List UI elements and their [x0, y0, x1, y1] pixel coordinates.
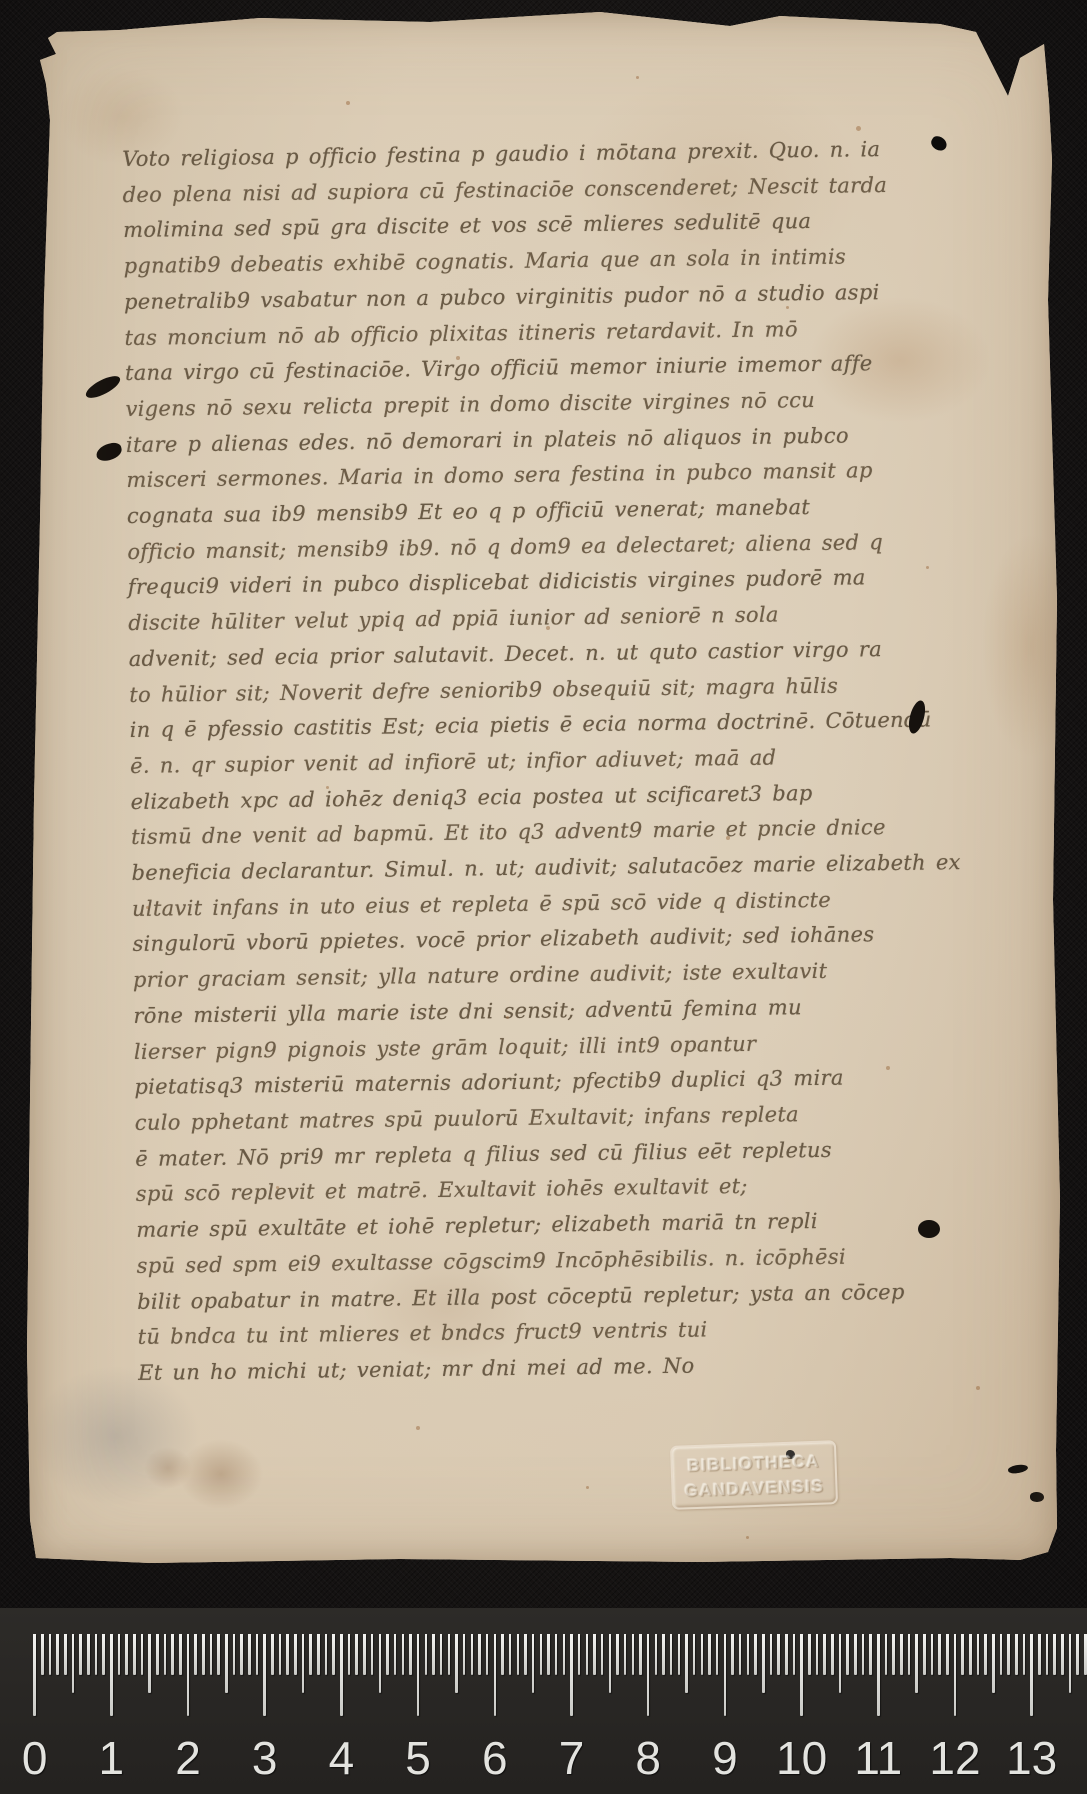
ruler-number: 12 [913, 1734, 997, 1782]
manuscript-text: Voto religiosa p officio festina p gaudi… [122, 131, 960, 1391]
foxing-speck [976, 1386, 980, 1390]
ruler-tick [800, 1634, 803, 1716]
ruler-tick [754, 1634, 757, 1675]
ruler-tick [731, 1634, 734, 1675]
ruler-tick [547, 1634, 550, 1675]
library-stamp: BIBLIOTHECA GANDAVENSIS [670, 1440, 838, 1510]
ruler-tick [332, 1634, 335, 1675]
foxing-speck [326, 786, 329, 789]
ruler-tick [463, 1634, 466, 1675]
ruler-tick [685, 1634, 688, 1693]
ruler-tick [555, 1634, 558, 1675]
ruler-tick [340, 1634, 343, 1716]
foxing-speck [276, 1186, 279, 1189]
ruler-tick [961, 1634, 964, 1675]
ruler-tick [240, 1634, 243, 1675]
ruler-tick [41, 1634, 44, 1675]
ruler-tick [294, 1634, 297, 1675]
ruler-number: 2 [146, 1734, 230, 1782]
ruler-tick [977, 1634, 980, 1675]
ruler-tick [141, 1634, 144, 1675]
ruler-tick [494, 1634, 497, 1716]
foxing-speck [726, 836, 730, 840]
ruler-tick [639, 1634, 642, 1675]
ruler-tick [1007, 1634, 1010, 1675]
ruler-tick [248, 1634, 251, 1675]
ruler-tick [938, 1634, 941, 1675]
ruler-tick [524, 1634, 527, 1675]
ruler-tick [202, 1634, 205, 1675]
ruler-tick [747, 1634, 750, 1675]
ruler-number: 8 [606, 1734, 690, 1782]
ruler-tick [785, 1634, 788, 1675]
ruler-tick [386, 1634, 389, 1675]
ruler-tick [1084, 1634, 1087, 1675]
foxing-speck [456, 356, 460, 360]
ruler-tick [969, 1634, 972, 1675]
foxing-speck [546, 626, 550, 630]
ruler-tick [1015, 1634, 1018, 1675]
ruler-tick [379, 1634, 382, 1693]
ruler-tick [64, 1634, 67, 1675]
ruler-tick [915, 1634, 918, 1693]
ruler-tick [846, 1634, 849, 1675]
ruler-tick [210, 1634, 213, 1675]
ruler-tick [402, 1634, 405, 1675]
ruler-tick [478, 1634, 481, 1675]
ruler-tick [593, 1634, 596, 1675]
ruler-tick [823, 1634, 826, 1675]
ruler-tick [95, 1634, 98, 1675]
ruler-tick [655, 1634, 658, 1675]
stamp-text-line2: GANDAVENSIS [673, 1473, 836, 1504]
ruler-tick [355, 1634, 358, 1675]
ruler-tick [540, 1634, 543, 1675]
ruler-tick [578, 1634, 581, 1675]
ruler-tick [984, 1634, 987, 1675]
ruler-number: 11 [836, 1734, 920, 1782]
ruler-number: 10 [760, 1734, 844, 1782]
ruler-tick [302, 1634, 305, 1693]
ruler-tick [156, 1634, 159, 1675]
ruler-tick [1046, 1634, 1049, 1675]
ruler-tick [309, 1634, 312, 1675]
ruler: 012345678910111213 [0, 1608, 1087, 1794]
ruler-tick [647, 1634, 650, 1716]
ruler-number: 5 [376, 1734, 460, 1782]
foxing-speck [636, 76, 639, 79]
ruler-tick [517, 1634, 520, 1675]
ruler-tick [279, 1634, 282, 1675]
foxing-speck [666, 1256, 669, 1259]
ruler-tick [448, 1634, 451, 1675]
ruler-tick [670, 1634, 673, 1675]
ruler-number: 1 [69, 1734, 153, 1782]
ruler-tick [102, 1634, 105, 1675]
ruler-tick [486, 1634, 489, 1675]
ruler-tick [79, 1634, 82, 1675]
ruler-tick [110, 1634, 113, 1716]
ruler-tick [125, 1634, 128, 1675]
ruler-tick [854, 1634, 857, 1675]
manuscript-photo-viewer: Voto religiosa p officio festina p gaudi… [0, 0, 1087, 1794]
ruler-tick [33, 1634, 36, 1716]
ruler-tick [371, 1634, 374, 1675]
ruler-tick [148, 1634, 151, 1693]
ruler-tick [770, 1634, 773, 1675]
ruler-number: 4 [299, 1734, 383, 1782]
ruler-tick [931, 1634, 934, 1675]
ruler-tick [586, 1634, 589, 1675]
ink-blot [83, 372, 123, 402]
ruler-tick [187, 1634, 190, 1716]
ruler-tick [831, 1634, 834, 1675]
ruler-tick [923, 1634, 926, 1675]
foxing-speck [786, 306, 789, 309]
ruler-tick [992, 1634, 995, 1693]
paper-hole [1030, 1492, 1044, 1502]
ruler-tick [194, 1634, 197, 1675]
ruler-tick [118, 1634, 121, 1675]
ruler-tick [900, 1634, 903, 1675]
foxing-speck [926, 566, 929, 569]
ruler-tick [1053, 1634, 1056, 1675]
foxing-speck [416, 1426, 420, 1430]
ruler-tick [1069, 1634, 1072, 1693]
ruler-tick [455, 1634, 458, 1693]
foxing-speck [176, 546, 179, 549]
ruler-tick [1000, 1634, 1003, 1675]
ruler-tick [662, 1634, 665, 1675]
foxing-speck [586, 1486, 589, 1489]
ruler-tick [793, 1634, 796, 1675]
ruler-number: 0 [0, 1734, 77, 1782]
ruler-tick [908, 1634, 911, 1675]
ruler-tick [877, 1634, 880, 1716]
foxing-speck [856, 126, 861, 131]
ruler-tick [171, 1634, 174, 1675]
ruler-tick [616, 1634, 619, 1675]
ruler-tick [724, 1634, 727, 1716]
ruler-tick [317, 1634, 320, 1675]
ruler-tick [432, 1634, 435, 1675]
ruler-tick [862, 1634, 865, 1675]
ruler-number: 9 [683, 1734, 767, 1782]
ruler-tick [256, 1634, 259, 1675]
ruler-tick [217, 1634, 220, 1675]
foxing-speck [266, 266, 269, 269]
ruler-tick [946, 1634, 949, 1675]
paper-hole [1007, 1463, 1028, 1474]
ruler-tick [225, 1634, 228, 1693]
ruler-tick [72, 1634, 75, 1693]
ruler-tick [440, 1634, 443, 1675]
ruler-tick [471, 1634, 474, 1675]
ruler-tick [693, 1634, 696, 1675]
ruler-tick [133, 1634, 136, 1675]
ruler-tick [701, 1634, 704, 1675]
foxing-speck [886, 1066, 890, 1070]
ruler-tick [179, 1634, 182, 1675]
ruler-number: 3 [223, 1734, 307, 1782]
ruler-tick [839, 1634, 842, 1693]
ruler-tick [716, 1634, 719, 1675]
ruler-tick [271, 1634, 274, 1675]
foxing-speck [346, 101, 350, 105]
ruler-tick [892, 1634, 895, 1675]
ruler-tick [1038, 1634, 1041, 1675]
foxing-speck [146, 906, 149, 909]
ruler-tick [601, 1634, 604, 1675]
ruler-tick [394, 1634, 397, 1675]
ruler-tick [363, 1634, 366, 1675]
manuscript-page: Voto religiosa p officio festina p gaudi… [26, 6, 1062, 1566]
ruler-number: 13 [990, 1734, 1074, 1782]
ruler-tick [609, 1634, 612, 1693]
ruler-number: 6 [453, 1734, 537, 1782]
ruler-tick [409, 1634, 412, 1675]
ruler-tick [869, 1634, 872, 1675]
ruler-tick [348, 1634, 351, 1675]
ruler-tick [816, 1634, 819, 1675]
foxing-speck [206, 336, 208, 338]
ruler-tick [1023, 1634, 1026, 1675]
ink-blot [918, 1220, 940, 1238]
ruler-tick [509, 1634, 512, 1675]
ruler-tick [425, 1634, 428, 1675]
ruler-tick [563, 1634, 566, 1675]
ruler-tick [49, 1634, 52, 1675]
ruler-tick [286, 1634, 289, 1675]
ruler-tick [1076, 1634, 1079, 1675]
ruler-tick [233, 1634, 236, 1675]
ruler-tick [501, 1634, 504, 1675]
ruler-tick [739, 1634, 742, 1675]
ruler-number: 7 [530, 1734, 614, 1782]
ruler-tick [954, 1634, 957, 1716]
foxing-speck [506, 1016, 509, 1019]
ruler-tick [624, 1634, 627, 1675]
ruler-tick [762, 1634, 765, 1693]
ruler-tick [263, 1634, 266, 1716]
ruler-tick [808, 1634, 811, 1675]
ruler-tick [678, 1634, 681, 1675]
foxing-speck [566, 186, 568, 188]
ruler-tick [885, 1634, 888, 1675]
ruler-tick [325, 1634, 328, 1675]
ruler-tick [87, 1634, 90, 1675]
ruler-tick [417, 1634, 420, 1716]
ruler-tick [56, 1634, 59, 1675]
ruler-tick [632, 1634, 635, 1675]
ink-blot [94, 441, 123, 463]
ruler-tick [1030, 1634, 1033, 1716]
ruler-tick [570, 1634, 573, 1716]
ruler-tick [164, 1634, 167, 1675]
ruler-tick [1061, 1634, 1064, 1675]
foxing-speck [746, 1536, 749, 1539]
ruler-tick [777, 1634, 780, 1675]
ruler-tick [532, 1634, 535, 1693]
ruler-tick [708, 1634, 711, 1675]
